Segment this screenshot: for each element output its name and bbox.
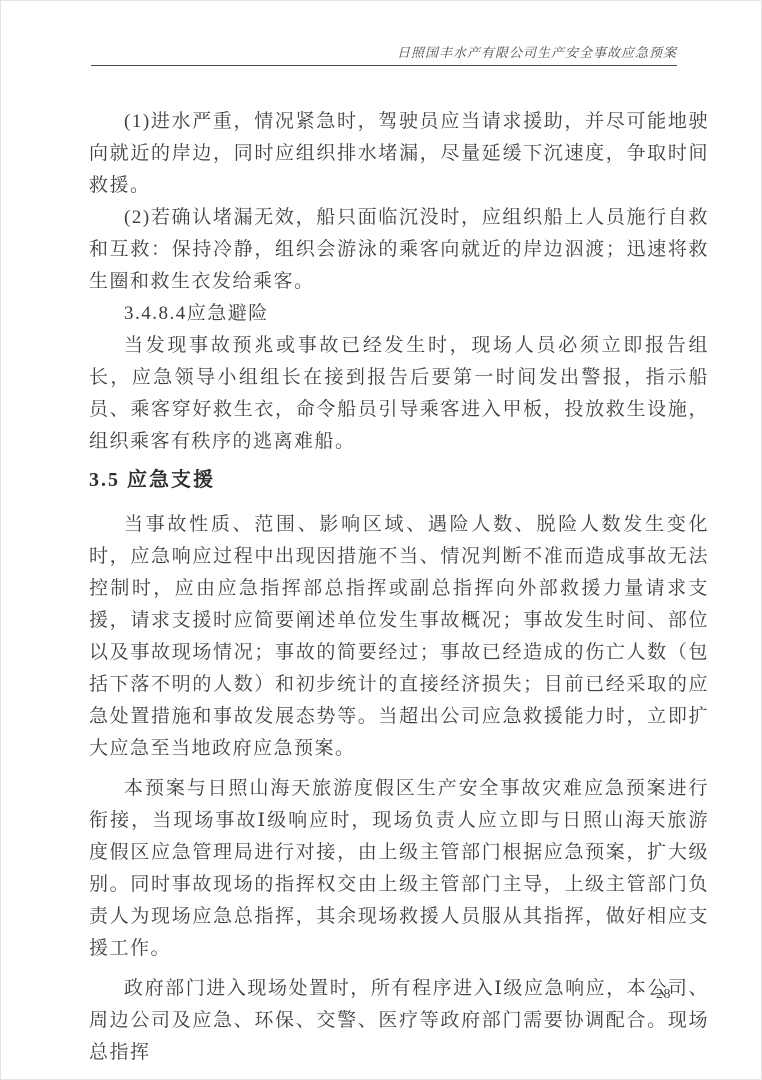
paragraph-rescue-step-2: (2)若确认堵漏无效，船只面临沉没时，应组织船上人员施行自救和互救：保持冷静，组… <box>89 202 709 298</box>
paragraph-rescue-step-1: (1)进水严重，情况紧急时，驾驶员应当请求援助，并尽可能地驶向就近的岸边，同时应… <box>89 106 709 202</box>
subheading-emergency-avoidance: 3.4.8.4应急避险 <box>89 298 709 330</box>
header-title: 日照国丰水产有限公司生产安全事故应急预案 <box>91 45 677 60</box>
paragraph-support-request: 当事故性质、范围、影响区域、遇险人数、脱险人数发生变化时，应急响应过程中出现因措… <box>89 509 709 765</box>
paragraph-plan-linkage: 本预案与日照山海天旅游度假区生产安全事故灾难应急预案进行衔接，当现场事故Ⅰ级响应… <box>89 773 709 965</box>
document-body: (1)进水严重，情况紧急时，驾驶员应当请求援助，并尽可能地驶向就近的岸边，同时应… <box>89 106 709 1069</box>
page-header: 日照国丰水产有限公司生产安全事故应急预案 <box>91 45 677 66</box>
page-number: 28 <box>656 987 671 1003</box>
paragraph-emergency-avoidance-body: 当发现事故预兆或事故已经发生时，现场人员必须立即报告组长，应急领导小组组长在接到… <box>89 330 709 458</box>
document-page: 日照国丰水产有限公司生产安全事故应急预案 (1)进水严重，情况紧急时，驾驶员应当… <box>0 0 762 1080</box>
paragraph-government-coordination: 政府部门进入现场处置时，所有程序进入Ⅰ级应急响应，本公司、周边公司及应急、环保、… <box>89 973 709 1069</box>
section-heading-emergency-support: 3.5 应急支援 <box>89 464 709 496</box>
